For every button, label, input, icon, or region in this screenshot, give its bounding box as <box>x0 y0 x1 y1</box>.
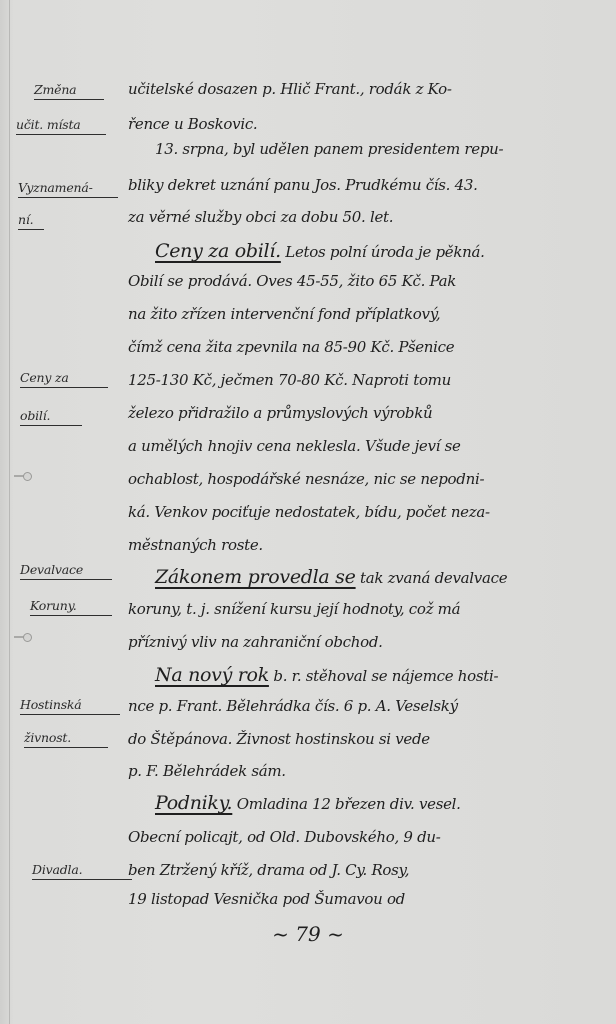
text-line: ben Ztržený kříž, drama od J. Cy. Rosy, <box>128 861 598 879</box>
margin-note-devalvace: Devalvace <box>20 562 112 580</box>
margin-note-obili: obilí. <box>20 408 82 426</box>
text-line: nce p. Frant. Bělehrádka čís. 6 p. A. Ve… <box>128 697 598 715</box>
text-line: za věrné služby obci za dobu 50. let. <box>128 208 598 226</box>
chronicle-page: Změna učit. místa Vyznamená- ní. Ceny za… <box>0 0 616 1024</box>
entry-heading: Podniky. <box>155 792 232 814</box>
heading-continuation: Omladina 12 březen div. vesel. <box>232 795 460 813</box>
margin-note-koruny: Koruny. <box>30 598 112 616</box>
entry-heading: Ceny za obilí. <box>155 240 281 262</box>
text-line: 125-130 Kč, ječmen 70-80 Kč. Naproti tom… <box>128 371 598 389</box>
heading-continuation: b. r. stěhoval se nájemce hosti- <box>269 667 498 685</box>
text-line: Obilí se prodává. Oves 45-55, žito 65 Kč… <box>128 272 598 290</box>
text-line: koruny, t. j. snížení kursu její hodnoty… <box>128 600 598 618</box>
margin-note-hostinska: Hostinská <box>20 697 120 715</box>
margin-note-ni: ní. <box>18 212 44 230</box>
page-number: ~ 79 ~ <box>0 922 616 946</box>
binding-edge <box>9 0 10 1024</box>
binding-hole <box>14 636 28 638</box>
margin-note-vyznamenani: Vyznamená- <box>18 180 118 198</box>
entry-heading: Na nový rok <box>155 664 269 686</box>
text-line: bliky dekret uznání panu Jos. Prudkému č… <box>128 176 598 194</box>
text-line: učitelské dosazen p. Hlič Frant., rodák … <box>128 80 598 98</box>
entry-heading-line: 13. srpna, byl udělen panem presidentem … <box>155 140 616 158</box>
heading-continuation: tak zvaná devalvace <box>356 569 508 587</box>
heading-continuation: Letos polní úroda je pěkná. <box>281 243 485 261</box>
text-line: ká. Venkov pociťuje nedostatek, bídu, po… <box>128 503 598 521</box>
text-line: čímž cena žita zpevnila na 85-90 Kč. Pše… <box>128 338 598 356</box>
margin-note-ucit-mista: učit. místa <box>16 117 106 135</box>
text-line: městnaných roste. <box>128 536 598 554</box>
entry-heading-line: Na nový rok b. r. stěhoval se nájemce ho… <box>155 664 616 686</box>
margin-note-divadla: Divadla. <box>32 862 132 880</box>
margin-note-zmena: Změna <box>34 82 104 100</box>
text-line: p. F. Bělehrádek sám. <box>128 762 598 780</box>
text-line: do Štěpánova. Živnost hostinskou si vede <box>128 730 598 748</box>
text-line: železo přidražilo a průmyslových výrobků <box>128 404 598 422</box>
text-line: ochablost, hospodářské nesnáze, nic se n… <box>128 470 598 488</box>
text-line: Obecní policajt, od Old. Dubovského, 9 d… <box>128 828 598 846</box>
text-line: 19 listopad Vesnička pod Šumavou od <box>128 890 598 908</box>
entry-heading-line: Ceny za obilí. Letos polní úroda je pěkn… <box>155 240 616 262</box>
binding-hole <box>14 475 28 477</box>
entry-heading: Zákonem provedla se <box>155 566 356 588</box>
entry-heading-line: Podniky. Omladina 12 březen div. vesel. <box>155 792 616 814</box>
text-line: řence u Boskovic. <box>128 115 598 133</box>
entry-heading-line: Zákonem provedla se tak zvaná devalvace <box>155 566 616 588</box>
text-line: na žito zřízen intervenční fond příplatk… <box>128 305 598 323</box>
text-line: a umělých hnojiv cena neklesla. Všude je… <box>128 437 598 455</box>
margin-note-zivnost: živnost. <box>24 730 108 748</box>
text-line: příznivý vliv na zahraniční obchod. <box>128 633 598 651</box>
margin-note-ceny-za: Ceny za <box>20 370 108 388</box>
